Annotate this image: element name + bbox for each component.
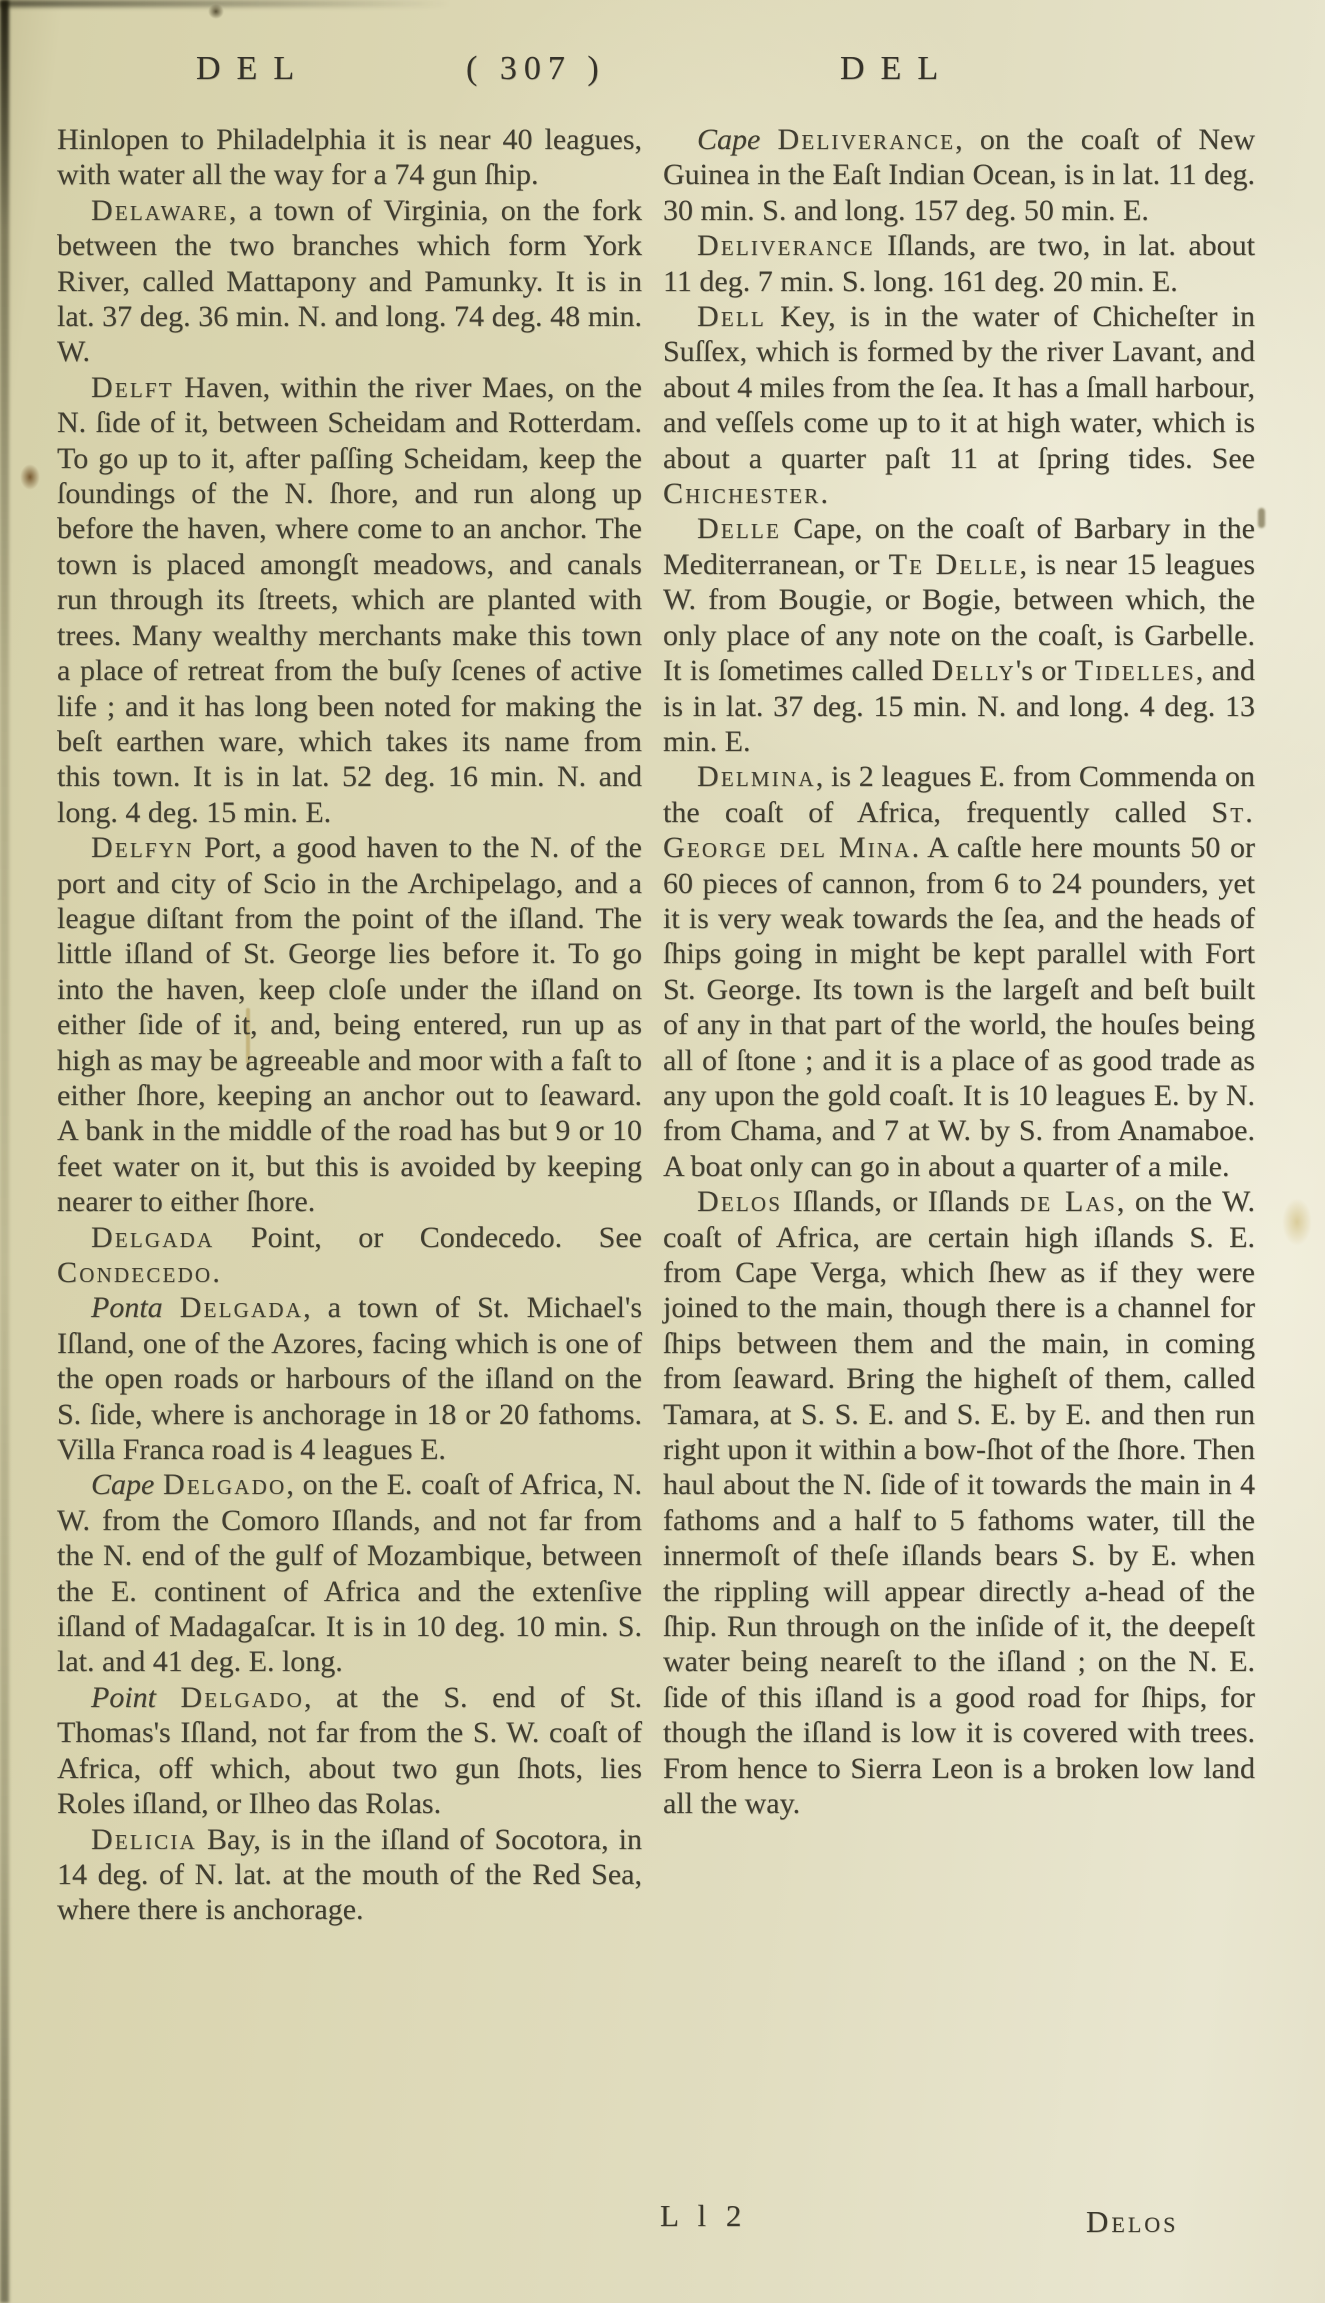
running-head-left: DEL xyxy=(196,50,310,88)
entry-paragraph: Delicia Bay, is in the iſland of Socotor… xyxy=(57,1822,642,1928)
entry-paragraph: Dell Key, is in the water of Chicheſter … xyxy=(663,299,1255,511)
headword: Delos xyxy=(697,1185,782,1218)
text-run: , on the W. coaſt of Africa, are certain… xyxy=(663,1185,1255,1820)
text-run: Point, or Condecedo. See xyxy=(214,1221,642,1254)
text-run: . A caſtle here mounts 50 or 60 pieces o… xyxy=(663,831,1255,1183)
entry-paragraph: Delaware, a town of Virginia, on the for… xyxy=(57,193,642,370)
page-number: ( 307 ) xyxy=(466,50,606,88)
headword: Delmina xyxy=(697,760,816,793)
lead-word: Point xyxy=(91,1681,156,1714)
entry-paragraph: Deliverance Iſlands, are two, in lat. ab… xyxy=(663,228,1255,299)
text-run: Port, a good haven to the N. of the port… xyxy=(57,831,642,1218)
entry-paragraph: Cape Deliverance, on the coaſt of New Gu… xyxy=(663,122,1255,228)
headword: Delgado xyxy=(163,1468,286,1501)
running-head-right: DEL xyxy=(840,50,954,88)
headword: Te Delle xyxy=(889,548,1020,581)
headword: Delft xyxy=(91,371,174,404)
entry-paragraph: Delos Iſlands, or Iſlands de Las, on the… xyxy=(663,1184,1255,1821)
headword: Delicia xyxy=(91,1823,197,1856)
entry-paragraph: Delmina, is 2 leagues E. from Commenda o… xyxy=(663,759,1255,1184)
headword: Delgado xyxy=(181,1681,304,1714)
entry-paragraph: Ponta Delgada, a town of St. Michael's I… xyxy=(57,1290,642,1467)
text-run: 's or xyxy=(1016,654,1075,687)
entry-paragraph: Delgada Point, or Condecedo. See Condece… xyxy=(57,1220,642,1291)
text-column-right: Cape Deliverance, on the coaſt of New Gu… xyxy=(663,122,1255,1822)
text-run: . xyxy=(821,477,829,510)
lead-word: Cape xyxy=(697,123,760,156)
entry-paragraph: Delft Haven, within the river Maes, on t… xyxy=(57,370,642,830)
headword: Dell xyxy=(697,300,766,333)
headword: Chichester xyxy=(663,477,821,510)
text-run: Hinlopen to Philadelphia it is near 40 l… xyxy=(57,123,642,191)
catchword: Delos xyxy=(1086,2204,1178,2240)
scan-gutter-shadow xyxy=(0,0,9,2303)
signature-mark: L l 2 xyxy=(660,2198,747,2234)
entry-paragraph: Cape Delgado, on the E. coaſt of Africa,… xyxy=(57,1467,642,1679)
scanned-book-page: { "header": { "left": "DEL", "center": "… xyxy=(0,0,1325,2303)
text-column-left: Hinlopen to Philadelphia it is near 40 l… xyxy=(57,122,642,1928)
text-run: Iſlands, or Iſlands xyxy=(782,1185,1020,1218)
entry-paragraph: Delle Cape, on the coaſt of Barbary in t… xyxy=(663,511,1255,759)
entry-paragraph: Hinlopen to Philadelphia it is near 40 l… xyxy=(57,122,642,193)
paper-stain xyxy=(1282,1198,1312,1246)
paper-mark xyxy=(1258,508,1265,528)
headword: Deliverance xyxy=(777,123,955,156)
text-run xyxy=(156,1681,181,1714)
entry-paragraph: Point Delgado, at the S. end of St. Thom… xyxy=(57,1680,642,1822)
text-run xyxy=(163,1291,180,1324)
headword: Condecedo xyxy=(57,1256,212,1289)
text-run xyxy=(154,1468,163,1501)
text-run: Haven, within the river Maes, on the N. … xyxy=(57,371,642,829)
headword: de Las xyxy=(1020,1185,1117,1218)
headword: Delaware xyxy=(91,194,229,227)
headword: Delly xyxy=(932,654,1016,687)
scan-edge-shadow xyxy=(0,0,530,7)
headword: Delgada xyxy=(180,1291,303,1324)
paper-speck xyxy=(208,4,224,19)
text-run xyxy=(760,123,777,156)
lead-word: Cape xyxy=(91,1468,154,1501)
paper-stain xyxy=(20,464,40,490)
lead-word: Ponta xyxy=(91,1291,163,1324)
headword: Delgada xyxy=(91,1221,214,1254)
headword: Tidelles xyxy=(1075,654,1196,687)
text-run: . xyxy=(212,1256,220,1289)
headword: Delle xyxy=(697,512,781,545)
headword: Deliverance xyxy=(697,229,875,262)
entry-paragraph: Delfyn Port, a good haven to the N. of t… xyxy=(57,830,642,1219)
headword: Delfyn xyxy=(91,831,194,864)
